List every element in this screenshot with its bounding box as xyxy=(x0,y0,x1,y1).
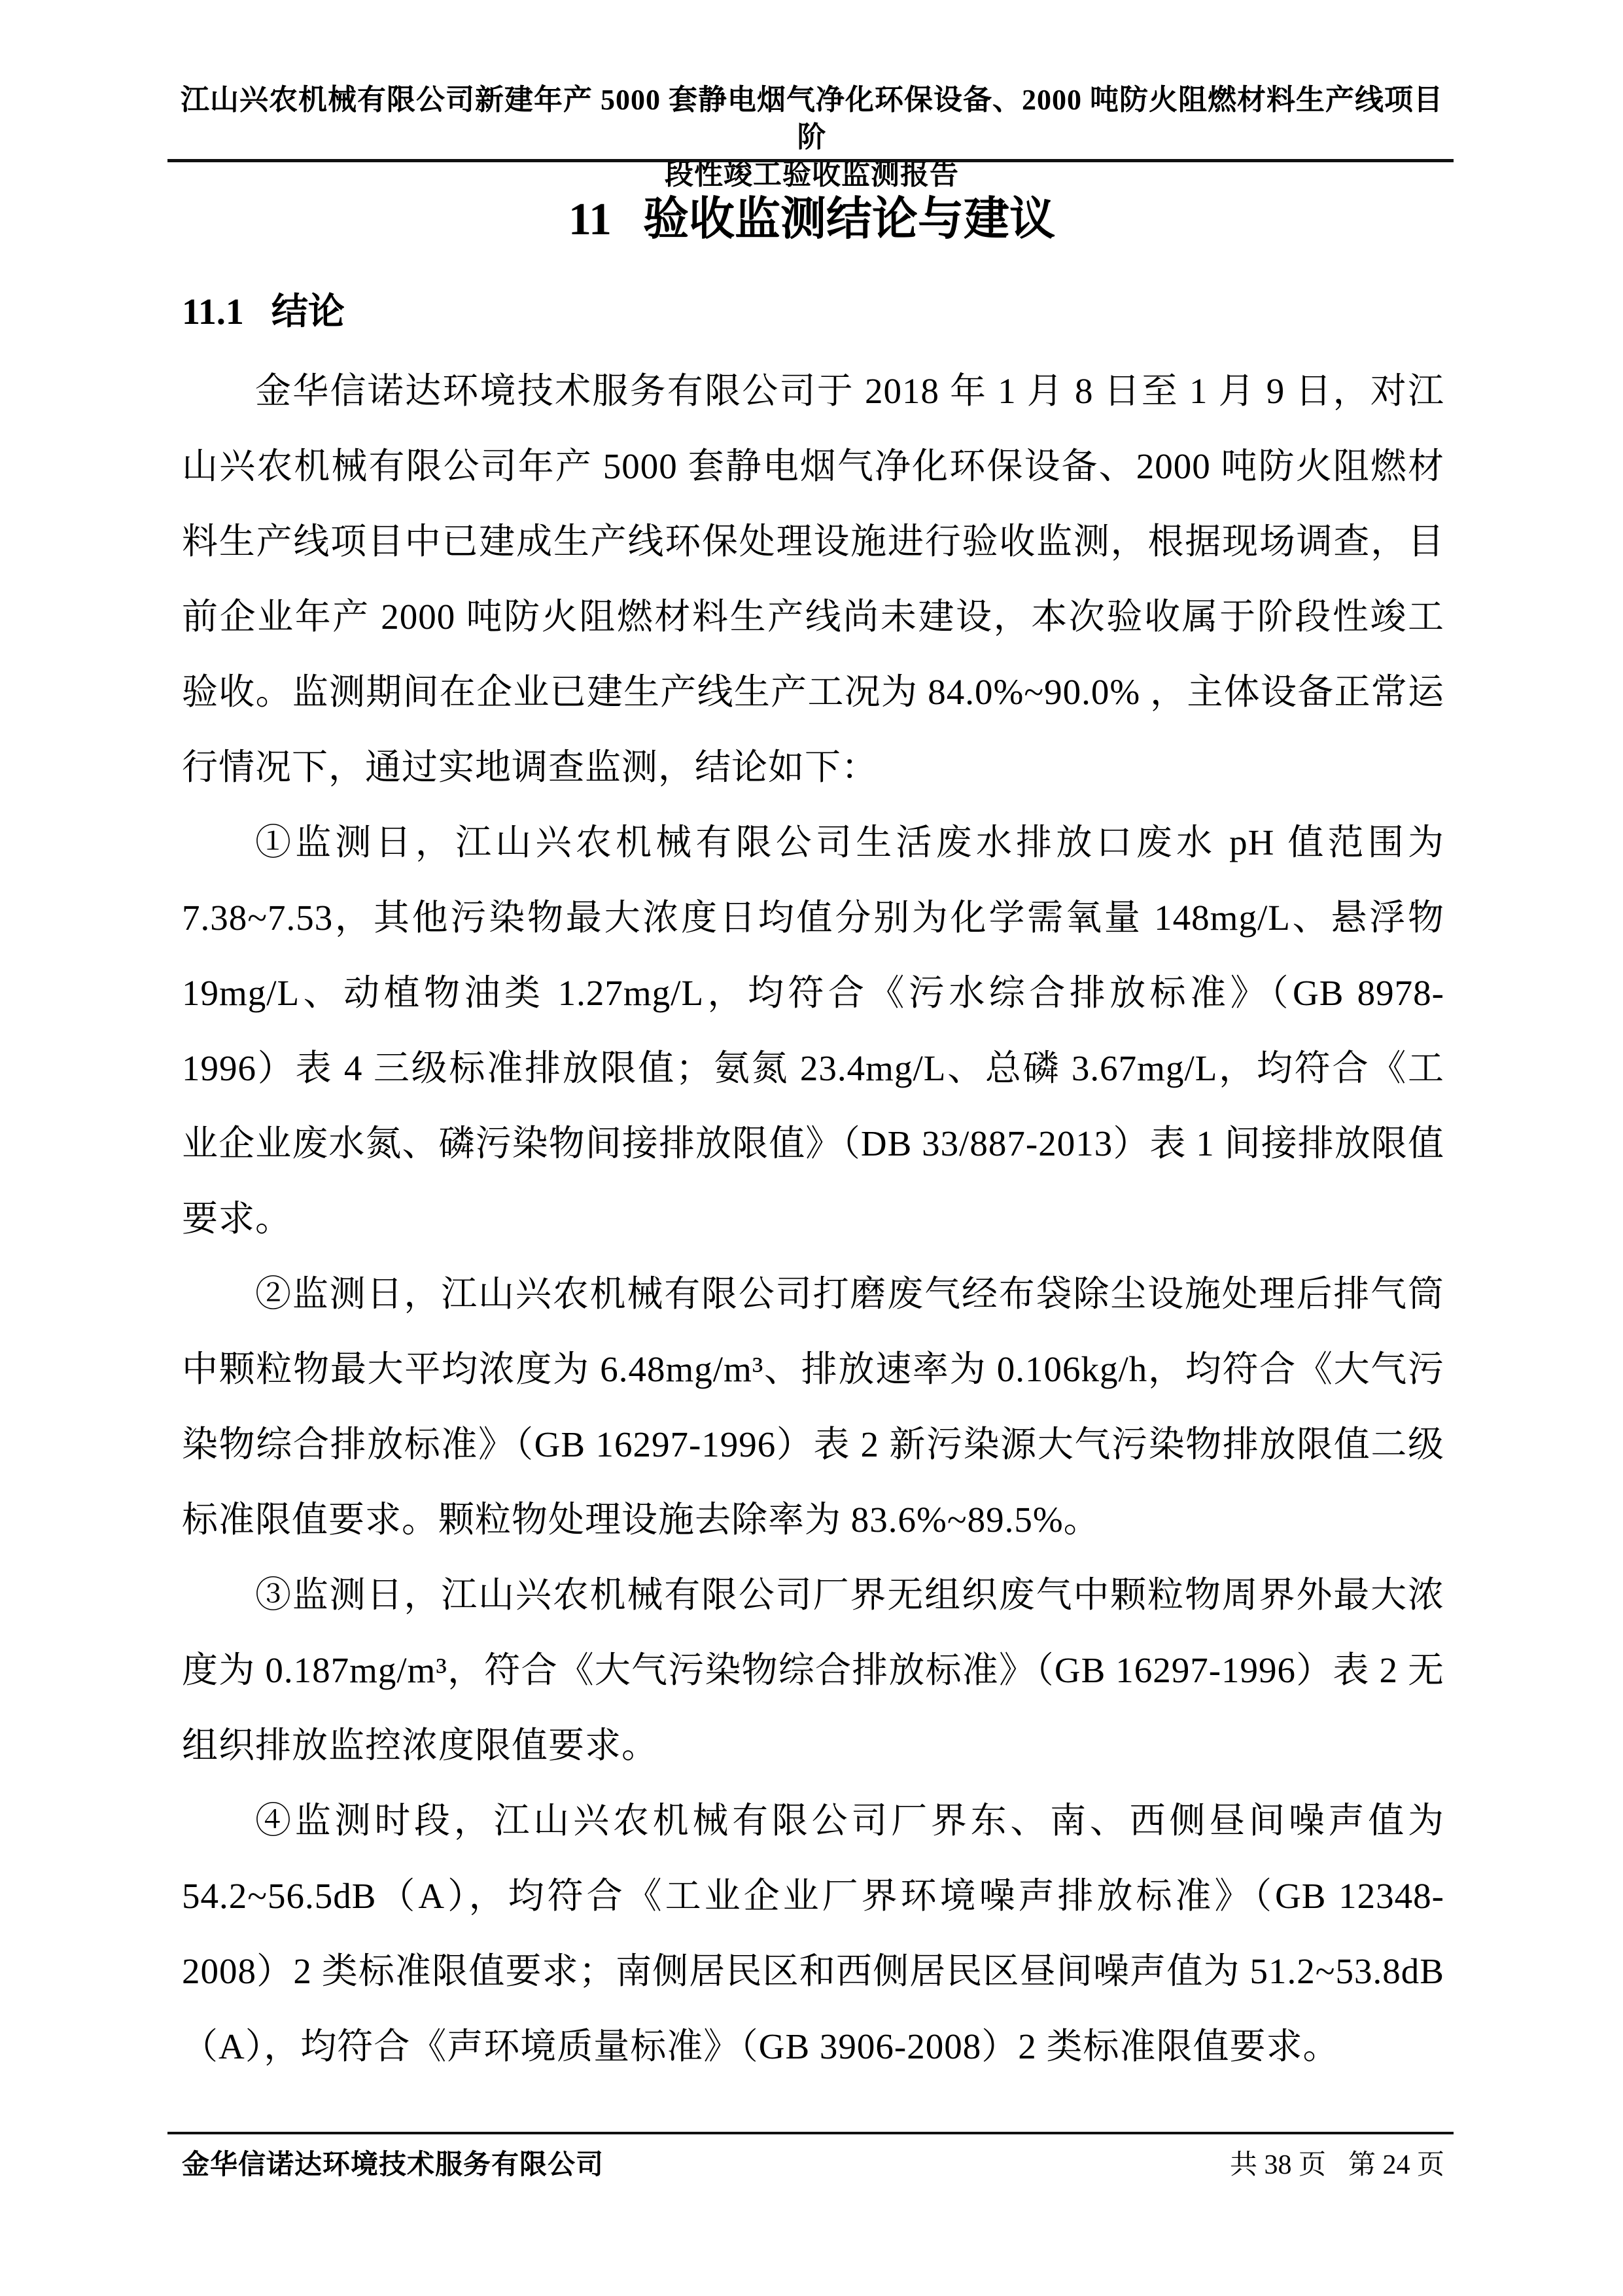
footer-total-pages: 共 38 页 xyxy=(1230,2150,1326,2180)
paragraph-conclusion-2-exhaust: ②监测日，江山兴农机械有限公司打磨废气经布袋除尘设施处理后排气筒中颗粒物最大平均… xyxy=(182,1256,1444,1557)
footer-divider xyxy=(167,2132,1454,2134)
paragraph-conclusion-1-wastewater: ①监测日，江山兴农机械有限公司生活废水排放口废水 pH 值范围为 7.38~7.… xyxy=(182,805,1444,1256)
footer-company-name: 金华信诺达环境技术服务有限公司 xyxy=(182,2147,604,2183)
section-number: 11.1 xyxy=(182,292,244,332)
section-heading-text: 结论 xyxy=(271,292,345,332)
header-divider xyxy=(167,159,1454,162)
running-header: 江山兴农机械有限公司新建年产 5000 套静电烟气净化环保设备、2000 吨防火… xyxy=(177,81,1447,193)
footer-current-page: 第 24 页 xyxy=(1348,2150,1444,2180)
document-body: 金华信诺达环境技术服务有限公司于 2018 年 1 月 8 日至 1 月 9 日… xyxy=(182,353,1444,2084)
paragraph-conclusion-4-noise: ④监测时段，江山兴农机械有限公司厂界东、南、西侧昼间噪声值为 54.2~56.5… xyxy=(182,1783,1444,2084)
running-header-line-1: 江山兴农机械有限公司新建年产 5000 套静电烟气净化环保设备、2000 吨防火… xyxy=(177,81,1447,156)
paragraph-intro: 金华信诺达环境技术服务有限公司于 2018 年 1 月 8 日至 1 月 9 日… xyxy=(182,353,1444,805)
chapter-number: 11 xyxy=(568,194,612,245)
section-heading: 11.1结论 xyxy=(182,289,1444,335)
page-footer: 金华信诺达环境技术服务有限公司 共 38 页第 24 页 xyxy=(182,2147,1444,2183)
footer-page-info: 共 38 页第 24 页 xyxy=(1230,2147,1444,2183)
document-page: 江山兴农机械有限公司新建年产 5000 套静电烟气净化环保设备、2000 吨防火… xyxy=(0,0,1623,2296)
chapter-title: 11验收监测结论与建议 xyxy=(177,191,1447,249)
chapter-title-text: 验收监测结论与建议 xyxy=(643,194,1055,245)
paragraph-conclusion-3-fugitive: ③监测日，江山兴农机械有限公司厂界无组织废气中颗粒物周界外最大浓度为 0.187… xyxy=(182,1557,1444,1783)
